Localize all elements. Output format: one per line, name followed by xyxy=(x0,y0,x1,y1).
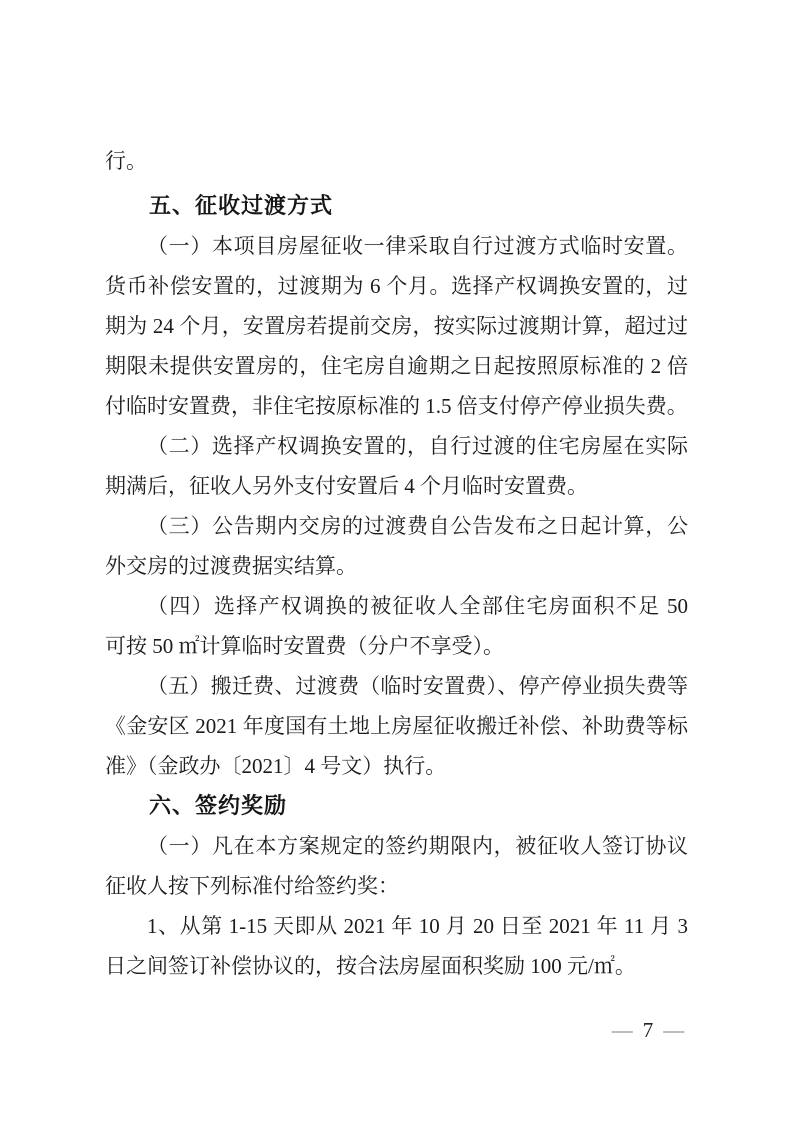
paragraph-line: （五）搬迁费、过渡费（临时安置费）、停产停业损失费等按 xyxy=(105,666,688,706)
section5-heading: 五、征收过渡方式 xyxy=(105,186,688,226)
paragraph-line: 期满后，征收人另外支付安置后 4 个月临时安置费。 xyxy=(105,466,688,506)
section6-heading: 六、签约奖励 xyxy=(105,786,688,826)
paragraph-line: 期限未提供安置房的，住宅房自逾期之日起按照原标准的 2 倍支 xyxy=(105,346,688,386)
paragraph-line: 可按 50 ㎡计算临时安置费（分户不享受）。 xyxy=(105,626,688,666)
continuation-line: 行。 xyxy=(105,141,688,181)
paragraph-line: 《金安区 2021 年度国有土地上房屋征收搬迁补偿、补助费等标 xyxy=(105,706,688,746)
document-page: 行。 五、征收过渡方式 （一）本项目房屋征收一律采取自行过渡方式临时安置。选择 … xyxy=(0,0,793,1122)
footer-dash-right: — xyxy=(663,1018,684,1042)
paragraph-line: 期为 24 个月，安置房若提前交房，按实际过渡期计算，超过过渡 xyxy=(105,306,688,346)
document-body: 行。 五、征收过渡方式 （一）本项目房屋征收一律采取自行过渡方式临时安置。选择 … xyxy=(105,141,688,986)
paragraph-line: 外交房的过渡费据实结算。 xyxy=(105,546,688,586)
paragraph-line: 付临时安置费，非住宅按原标准的 1.5 倍支付停产停业损失费。 xyxy=(105,386,688,426)
paragraph-line: 货币补偿安置的，过渡期为 6 个月。选择产权调换安置的，过渡 xyxy=(105,266,688,306)
paragraph-line: 1、从第 1-15 天即从 2021 年 10 月 20 日至 2021 年 1… xyxy=(105,906,688,946)
page-number: 7 xyxy=(643,1018,654,1042)
footer-dash-left: — xyxy=(612,1018,633,1042)
paragraph-line: 日之间签订补偿协议的，按合法房屋面积奖励 100 元/㎡。 xyxy=(105,946,688,986)
paragraph-line: （四）选择产权调换的被征收人全部住宅房面积不足 50 ㎡， xyxy=(105,586,688,626)
page-footer: —7— xyxy=(548,1010,748,1050)
paragraph-line: （一）本项目房屋征收一律采取自行过渡方式临时安置。选择 xyxy=(105,226,688,266)
paragraph-line: （二）选择产权调换安置的，自行过渡的住宅房屋在实际过渡 xyxy=(105,426,688,466)
paragraph-line: 准》（金政办〔2021〕4 号文）执行。 xyxy=(105,746,688,786)
paragraph-line: （三）公告期内交房的过渡费自公告发布之日起计算，公告期 xyxy=(105,506,688,546)
paragraph-line: （一）凡在本方案规定的签约期限内，被征收人签订协议的， xyxy=(105,826,688,866)
paragraph-line: 征收人按下列标准付给签约奖： xyxy=(105,866,688,906)
